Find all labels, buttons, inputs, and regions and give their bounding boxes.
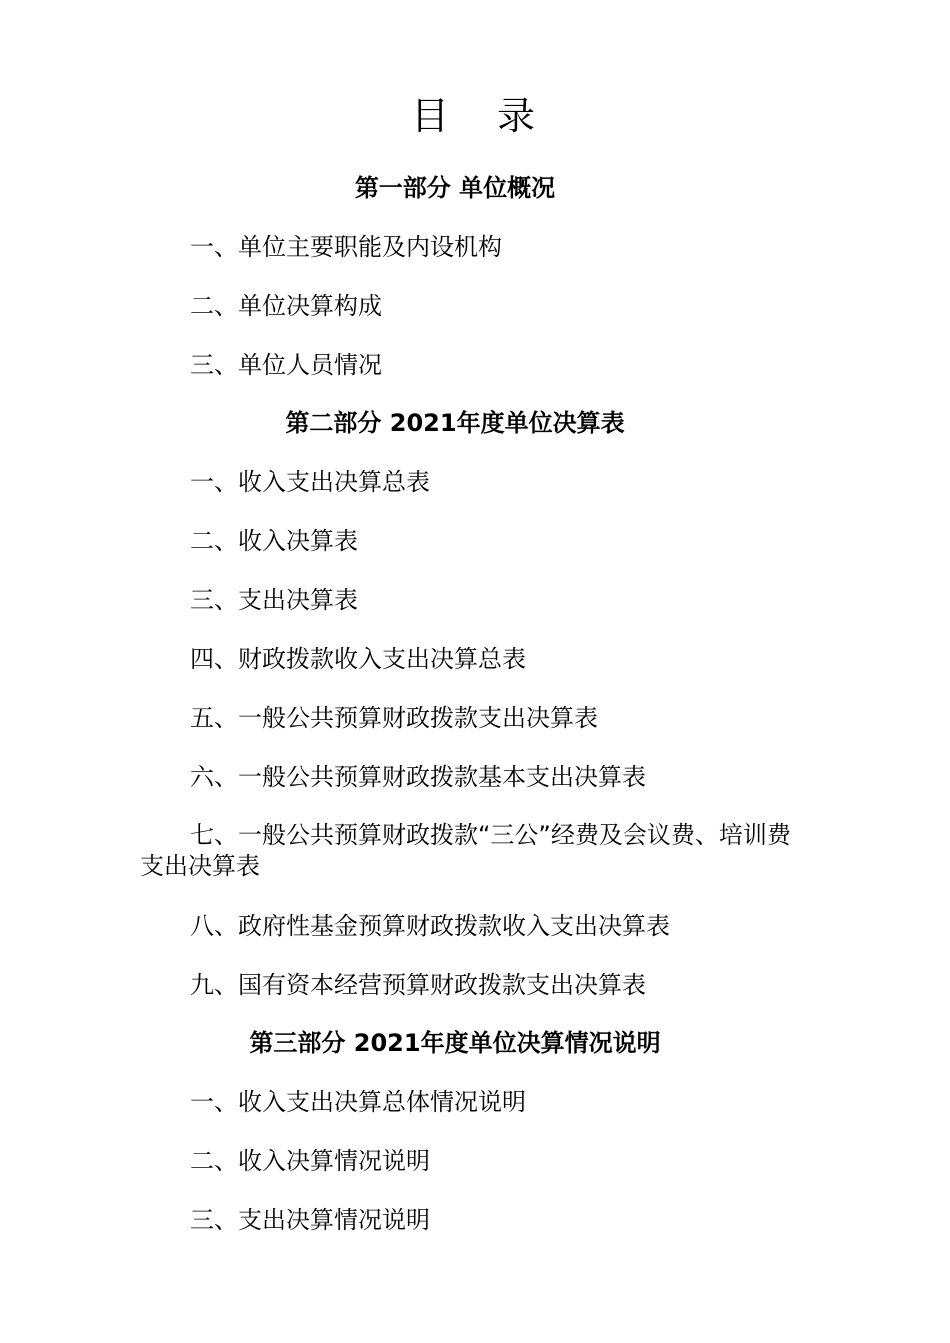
toc-item: 二、收入决算表 (190, 525, 358, 557)
toc-item: 二、单位决算构成 (190, 290, 382, 322)
toc-item: 一、收入支出决算总表 (190, 466, 430, 498)
toc-item: 一、收入支出决算总体情况说明 (190, 1086, 526, 1118)
part-3-heading: 第三部分 2021年度单位决算情况说明 (0, 1027, 910, 1059)
toc-item: 八、政府性基金预算财政拨款收入支出决算表 (190, 910, 670, 942)
toc-item: 七、一般公共预算财政拨款“三公”经费及会议费、培训费支出决算表 (140, 820, 810, 882)
part-2-heading: 第二部分 2021年度单位决算表 (0, 407, 910, 439)
toc-item: 三、支出决算表 (190, 584, 358, 616)
toc-item: 六、一般公共预算财政拨款基本支出决算表 (190, 761, 646, 793)
toc-item: 三、支出决算情况说明 (190, 1204, 430, 1236)
toc-item: 三、单位人员情况 (190, 349, 382, 381)
toc-item: 一、单位主要职能及内设机构 (190, 231, 502, 263)
part-1-heading: 第一部分 单位概况 (0, 172, 910, 204)
page-title: 目 录 (0, 92, 950, 140)
toc-item: 五、一般公共预算财政拨款支出决算表 (190, 702, 598, 734)
toc-item: 九、国有资本经营预算财政拨款支出决算表 (190, 969, 646, 1001)
toc-item: 二、收入决算情况说明 (190, 1145, 430, 1177)
toc-item: 四、财政拨款收入支出决算总表 (190, 643, 526, 675)
